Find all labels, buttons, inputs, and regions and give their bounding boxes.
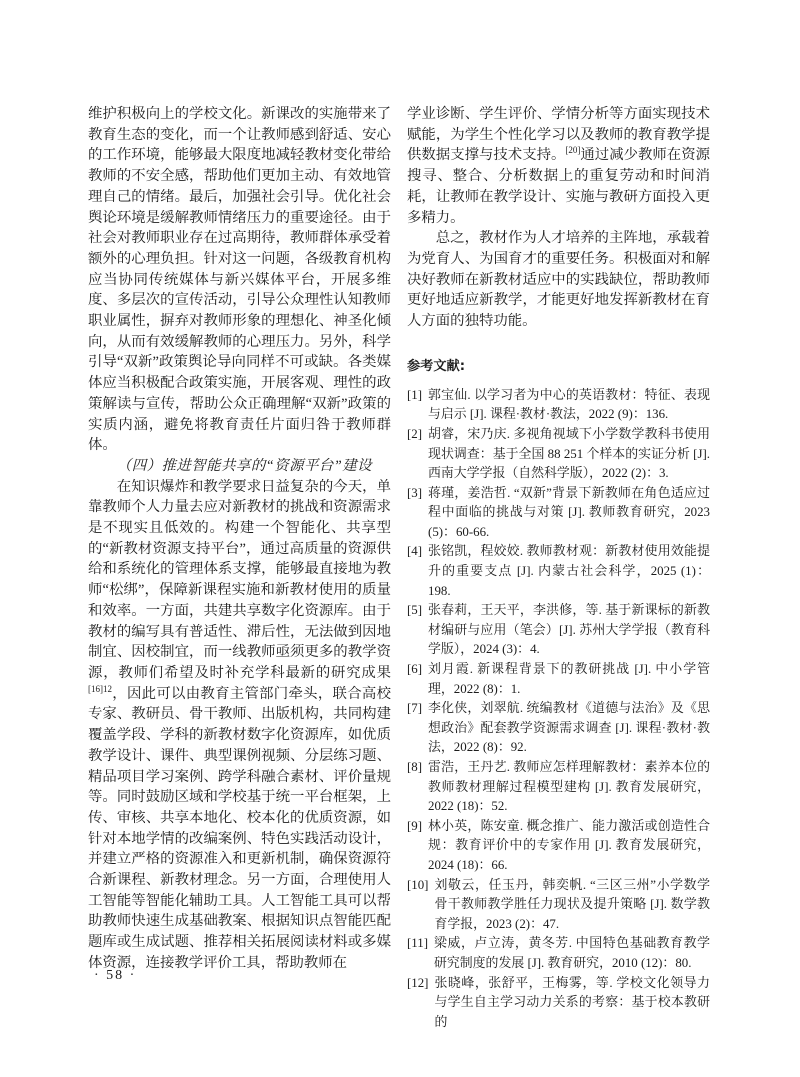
reference-item: [3]蒋瑾，姜浩哲. “双新”背景下新教师在角色适应过程中面临的挑战与对策 [J… (407, 484, 710, 543)
reference-item: [2]胡睿，宋乃庆. 多视角视域下小学数学教科书使用现状调查：基于全国 88 2… (407, 425, 710, 484)
right-column: 学业诊断、学生评价、学情分析等方面实现技术赋能，为学生个性化学习以及教师的教育教… (407, 104, 710, 1032)
reference-number: [10] (407, 876, 428, 896)
right-column-paragraphs: 学业诊断、学生评价、学情分析等方面实现技术赋能，为学生个性化学习以及教师的教育教… (407, 104, 710, 332)
paragraph-text: ，因此可以由教育主管部门牵头，联合高校专家、教研员、骨干教师、出版机构，共同构建… (88, 686, 391, 971)
reference-text: 林小英，陈安童. 概念推广、能力激活或创造性合规：教育评价中的专家作用 [J].… (428, 817, 710, 876)
reference-number: [1] (407, 386, 422, 406)
reference-text: 郭宝仙. 以学习者为中心的英语教材：特征、表现与启示 [J]. 课程·教材·教法… (428, 386, 710, 425)
reference-text: 李化侠，刘翠航. 统编教材《道德与法治》及《思想政治》配套教学资源需求调查 [J… (428, 699, 710, 758)
paragraph-text: （四）推进智能共享的“资源平台”建设 (117, 458, 372, 474)
reference-text: 蒋瑾，姜浩哲. “双新”背景下新教师在角色适应过程中面临的挑战与对策 [J]. … (428, 484, 710, 543)
reference-number: [3] (407, 484, 422, 504)
references-list: [1]郭宝仙. 以学习者为中心的英语教材：特征、表现与启示 [J]. 课程·教材… (407, 386, 710, 1033)
paragraph-text: 总之，教材作为人才培养的主阵地，承载着为党育人、为国育才的重要任务。积极面对和解… (407, 230, 710, 329)
reference-text: 胡睿，宋乃庆. 多视角视域下小学数学教科书使用现状调查：基于全国 88 251 … (428, 425, 710, 484)
reference-item: [11]梁威，卢立涛，黄冬芳. 中国特色基础教育教学研究制度的发展 [J]. 教… (407, 934, 710, 973)
reference-number: [12] (407, 974, 428, 994)
citation-superscript: [16]12 (88, 684, 112, 694)
references-heading: 参考文献: (407, 358, 710, 376)
reference-item: [5]张春莉，王天平，李洪修，等. 基于新课标的新教材编研与应用（笔会）[J].… (407, 601, 710, 660)
reference-text: 张春莉，王天平，李洪修，等. 基于新课标的新教材编研与应用（笔会）[J]. 苏州… (428, 601, 710, 660)
reference-number: [5] (407, 601, 422, 621)
reference-item: [8]雷浩，王丹艺. 教师应怎样理解教材：素养本位的教师教材理解过程模型建构 [… (407, 758, 710, 817)
reference-number: [6] (407, 660, 422, 680)
reference-number: [7] (407, 699, 422, 719)
reference-number: [8] (407, 758, 422, 778)
journal-page: 维护积极向上的学校文化。新课改的实施带来了教育生态的变化，而一个让教师感到舒适、… (0, 0, 800, 1077)
reference-text: 雷浩，王丹艺. 教师应怎样理解教材：素养本位的教师教材理解过程模型建构 [J].… (428, 758, 710, 817)
citation-superscript: [20] (565, 146, 580, 156)
reference-item: [4]张铭凯，程姣姣. 教师教材观：新教材使用效能提升的重要支点 [J]. 内蒙… (407, 542, 710, 601)
paragraph: 在知识爆炸和教学要求日益复杂的今天，单靠教师个人力量去应对新教材的挑战和资源需求… (88, 477, 391, 974)
reference-text: 刘月霞. 新课程背景下的教研挑战 [J]. 中小学管理，2022 (8)：1. (428, 660, 710, 699)
paragraph-text: 在知识爆炸和教学要求日益复杂的今天，单靠教师个人力量去应对新教材的挑战和资源需求… (88, 479, 391, 681)
reference-text: 张铭凯，程姣姣. 教师教材观：新教材使用效能提升的重要支点 [J]. 内蒙古社会… (428, 542, 710, 601)
two-column-layout: 维护积极向上的学校文化。新课改的实施带来了教育生态的变化，而一个让教师感到舒适、… (88, 104, 710, 1032)
left-column: 维护积极向上的学校文化。新课改的实施带来了教育生态的变化，而一个让教师感到舒适、… (88, 104, 391, 1032)
reference-number: [9] (407, 817, 422, 837)
reference-text: 张晓峰，张舒平，王梅雾，等. 学校文化领导力与学生自主学习动力关系的考察：基于校… (434, 974, 710, 1033)
reference-item: [10]刘敬云，任玉丹，韩奕帆. “三区三州”小学数学骨干教师教学胜任力现状及提… (407, 876, 710, 935)
reference-number: [2] (407, 425, 422, 445)
reference-number: [11] (407, 934, 428, 954)
paragraph: 学业诊断、学生评价、学情分析等方面实现技术赋能，为学生个性化学习以及教师的教育教… (407, 104, 710, 228)
paragraph: 维护积极向上的学校文化。新课改的实施带来了教育生态的变化，而一个让教师感到舒适、… (88, 104, 391, 456)
reference-item: [1]郭宝仙. 以学习者为中心的英语教材：特征、表现与启示 [J]. 课程·教材… (407, 386, 710, 425)
paragraph: 总之，教材作为人才培养的主阵地，承载着为党育人、为国育才的重要任务。积极面对和解… (407, 228, 710, 332)
reference-item: [6]刘月霞. 新课程背景下的教研挑战 [J]. 中小学管理，2022 (8)：… (407, 660, 710, 699)
reference-item: [12]张晓峰，张舒平，王梅雾，等. 学校文化领导力与学生自主学习动力关系的考察… (407, 974, 710, 1033)
reference-item: [9]林小英，陈安童. 概念推广、能力激活或创造性合规：教育评价中的专家作用 [… (407, 817, 710, 876)
section-heading: （四）推进智能共享的“资源平台”建设 (88, 456, 391, 477)
page-number: · 58 · (94, 966, 136, 986)
reference-text: 梁威，卢立涛，黄冬芳. 中国特色基础教育教学研究制度的发展 [J]. 教育研究，… (434, 934, 710, 973)
reference-item: [7]李化侠，刘翠航. 统编教材《道德与法治》及《思想政治》配套教学资源需求调查… (407, 699, 710, 758)
reference-number: [4] (407, 542, 422, 562)
reference-text: 刘敬云，任玉丹，韩奕帆. “三区三州”小学数学骨干教师教学胜任力现状及提升策略 … (434, 876, 710, 935)
paragraph-text: 维护积极向上的学校文化。新课改的实施带来了教育生态的变化，而一个让教师感到舒适、… (88, 106, 391, 453)
